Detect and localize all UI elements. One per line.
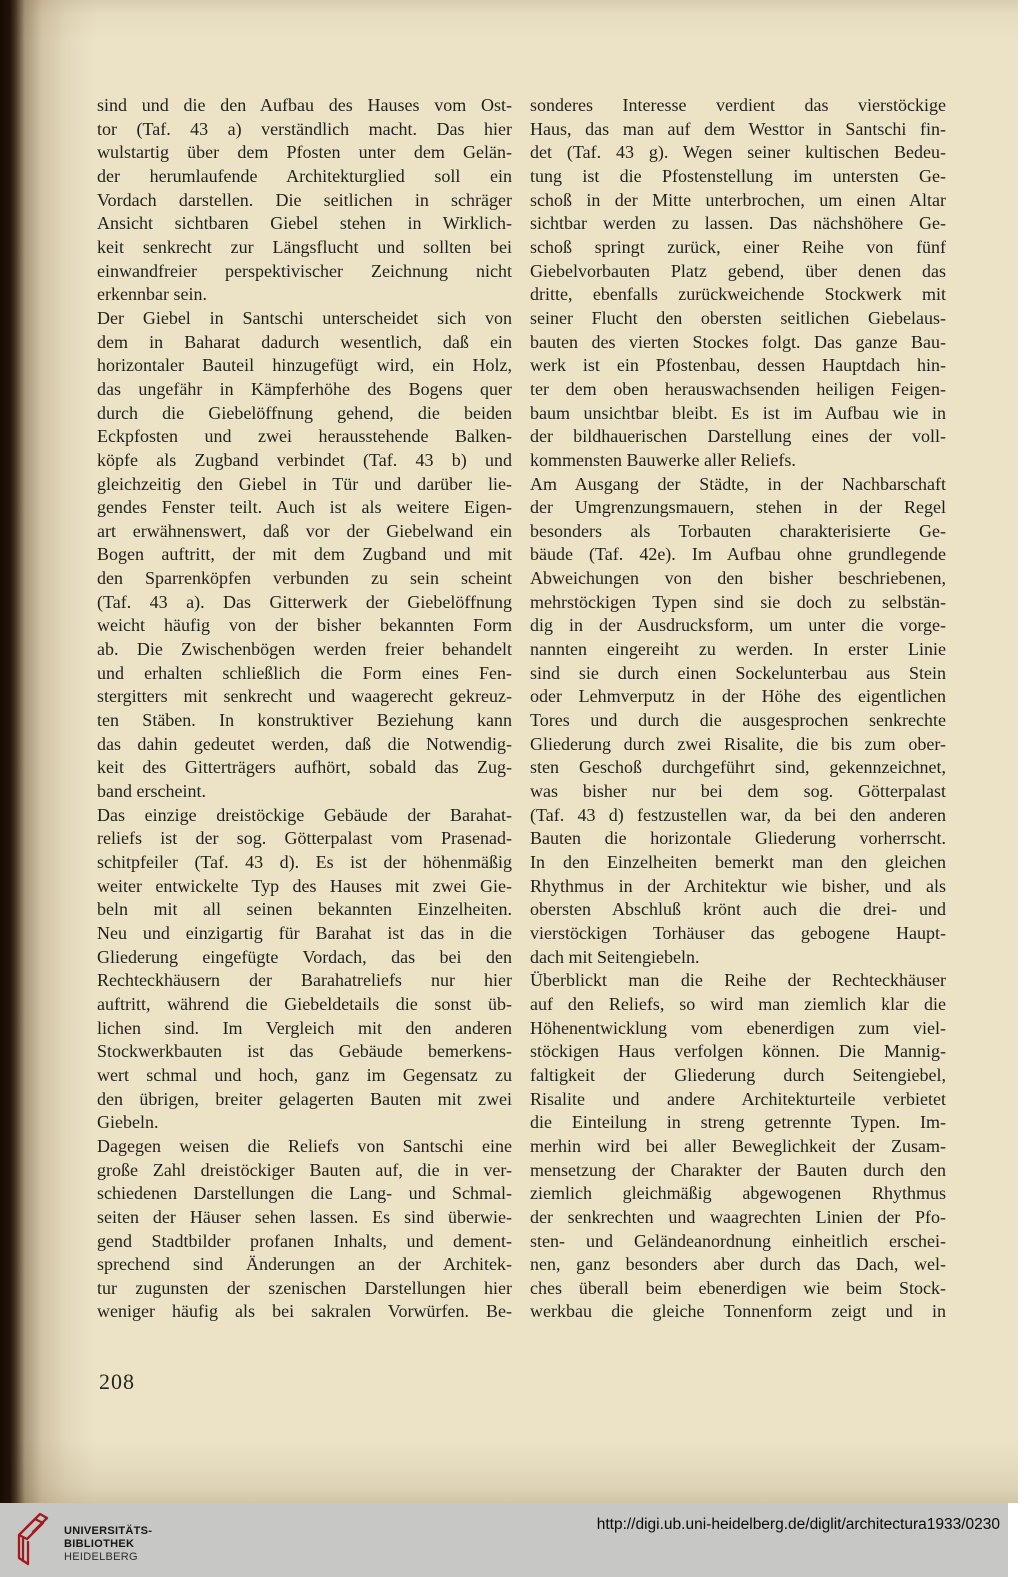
text-line: band erscheint. bbox=[97, 780, 512, 804]
book-page-scan: sind und die den Aufbau des Hauses vom O… bbox=[0, 0, 1018, 1503]
library-name-line2: BIBLIOTHEK bbox=[64, 1538, 152, 1551]
text-line: ab. Die Zwischenbögen werden freier beha… bbox=[97, 638, 512, 662]
text-line: durch die Giebelöffnung gehend, die beid… bbox=[97, 402, 512, 426]
text-line: Stockwerkbauten ist das Gebäude bemerken… bbox=[97, 1040, 512, 1064]
text-line: dig in der Ausdrucksform, um unter die v… bbox=[530, 614, 946, 638]
text-line: ten Stäben. In konstruktiver Beziehung k… bbox=[97, 709, 512, 733]
text-line: Am Ausgang der Städte, in der Nachbarsch… bbox=[530, 473, 946, 497]
text-line: werkbau die gleiche Tonnenform zeigt und… bbox=[530, 1300, 946, 1324]
text-line: Überblickt man die Reihe der Rechteckhäu… bbox=[530, 969, 946, 993]
text-line: Ansicht sichtbaren Giebel stehen in Wirk… bbox=[97, 212, 512, 236]
text-line: sichtbar werden zu lassen. Das nächshöhe… bbox=[530, 212, 946, 236]
text-line: det (Taf. 43 g). Wegen seiner kultischen… bbox=[530, 141, 946, 165]
text-column-right: sonderes Interesse verdient das vierstöc… bbox=[530, 94, 946, 1324]
text-line: reliefs ist der sog. Götterpalast vom Pr… bbox=[97, 827, 512, 851]
text-line: wulstartig über dem Pfosten unter dem Ge… bbox=[97, 141, 512, 165]
source-url-text: http://digi.ub.uni-heidelberg.de/diglit/… bbox=[597, 1516, 1000, 1534]
text-line: sonderes Interesse verdient das vierstöc… bbox=[530, 94, 946, 118]
text-line: Dagegen weisen die Reliefs von Santschi … bbox=[97, 1135, 512, 1159]
paragraph: Am Ausgang der Städte, in der Nachbarsch… bbox=[530, 473, 946, 970]
paragraph: Der Giebel in Santschi unterscheidet sic… bbox=[97, 307, 512, 804]
text-line: Haus, das man auf dem Westtor in Santsch… bbox=[530, 118, 946, 142]
library-name-line1: UNIVERSITÄTS- bbox=[64, 1525, 152, 1538]
text-column-left: sind und die den Aufbau des Hauses vom O… bbox=[97, 94, 512, 1324]
text-line: Rhythmus in der Architektur wie bisher, … bbox=[530, 875, 946, 899]
text-line: art erwähnenswert, daß vor der Giebelwan… bbox=[97, 520, 512, 544]
text-line: wert schmal und hoch, ganz im Gegensatz … bbox=[97, 1064, 512, 1088]
text-line: Tores und durch die ausgesprochen senkre… bbox=[530, 709, 946, 733]
text-line: nannten eingereiht zu werden. In erster … bbox=[530, 638, 946, 662]
text-line: (Taf. 43 d) festzustellen war, da bei de… bbox=[530, 804, 946, 828]
text-line: gend Stadtbilder profanen Inhalts, und d… bbox=[97, 1230, 512, 1254]
text-line: Giebeln. bbox=[97, 1111, 512, 1135]
text-line: Bauten die horizontale Gliederung vorher… bbox=[530, 827, 946, 851]
text-line: Gliederung eingefügte Vordach, das bei d… bbox=[97, 946, 512, 970]
text-line: große Zahl dreistöckiger Bauten auf, die… bbox=[97, 1159, 512, 1183]
text-line: ziemlich gleichmäßig abgewogenen Rhythmu… bbox=[530, 1182, 946, 1206]
text-line: sten- und Geländeanordnung einheitlich e… bbox=[530, 1230, 946, 1254]
text-line: Gliederung durch zwei Risalite, die bis … bbox=[530, 733, 946, 757]
text-line: einwandfreier perspektivischer Zeichnung… bbox=[97, 260, 512, 284]
page-number: 208 bbox=[99, 1369, 135, 1395]
text-line: Rechteckhäusern der Barahatreliefs nur h… bbox=[97, 969, 512, 993]
text-line: Giebelvorbauten Platz gebend, über denen… bbox=[530, 260, 946, 284]
text-line: tung ist die Pfostenstellung im unterste… bbox=[530, 165, 946, 189]
text-line: baum unsichtbar bleibt. Es ist im Aufbau… bbox=[530, 402, 946, 426]
text-line: schoß in der Mitte unterbrochen, um eine… bbox=[530, 189, 946, 213]
text-line: dem in Baharat dadurch wesentlich, daß e… bbox=[97, 331, 512, 355]
text-line: gleichzeitig den Giebel in Tür und darüb… bbox=[97, 473, 512, 497]
text-line: bauten des vierten Stockes folgt. Das ga… bbox=[530, 331, 946, 355]
text-line: Abweichungen von den bisher beschriebene… bbox=[530, 567, 946, 591]
text-line: weniger häufig als bei sakralen Vorwürfe… bbox=[97, 1300, 512, 1324]
text-line: Bogen auftritt, der mit dem Zugband und … bbox=[97, 543, 512, 567]
text-line: kommensten Bauwerke aller Reliefs. bbox=[530, 449, 946, 473]
text-line: das ungefähr in Kämpferhöhe des Bogens q… bbox=[97, 378, 512, 402]
text-line: der Umgrenzungsmauern, stehen in der Reg… bbox=[530, 496, 946, 520]
text-line: besonders als Torbauten charakterisierte… bbox=[530, 520, 946, 544]
text-line: Vordach darstellen. Die seitlichen in sc… bbox=[97, 189, 512, 213]
text-line: Neu und einzigartig für Barahat ist das … bbox=[97, 922, 512, 946]
text-line: die Einteilung in streng getrennte Typen… bbox=[530, 1111, 946, 1135]
library-name-line3: HEIDELBERG bbox=[64, 1551, 152, 1564]
text-line: tur zugunsten der szenischen Darstellung… bbox=[97, 1277, 512, 1301]
viewer-footer-bar: UNIVERSITÄTS- BIBLIOTHEK HEIDELBERG http… bbox=[0, 1503, 1008, 1577]
text-line: dritte, ebenfalls zurückweichende Stockw… bbox=[530, 283, 946, 307]
text-line: dach mit Seitengiebeln. bbox=[530, 946, 946, 970]
text-line: auftritt, während die Giebeldetails die … bbox=[97, 993, 512, 1017]
text-line: sind sie durch einen Sockelunterbau aus … bbox=[530, 662, 946, 686]
text-line: seiten der Häuser sehen lassen. Es sind … bbox=[97, 1206, 512, 1230]
text-line: (Taf. 43 a). Das Gitterwerk der Giebelöf… bbox=[97, 591, 512, 615]
library-logo-block: UNIVERSITÄTS- BIBLIOTHEK HEIDELBERG bbox=[14, 1509, 314, 1571]
text-line: Risalite und andere Architekturteile ver… bbox=[530, 1088, 946, 1112]
text-line: In den Einzelheiten bemerkt man den glei… bbox=[530, 851, 946, 875]
text-line: Höhenentwicklung vom ebenerdigen zum vie… bbox=[530, 1017, 946, 1041]
text-line: erkennbar sein. bbox=[97, 283, 512, 307]
text-line: beln mit all seinen bekannten Einzelheit… bbox=[97, 898, 512, 922]
text-line: werk ist ein Pfostenbau, dessen Hauptdac… bbox=[530, 354, 946, 378]
paragraph: sonderes Interesse verdient das vierstöc… bbox=[530, 94, 946, 473]
text-line: der bildhauerischen Darstellung eines de… bbox=[530, 425, 946, 449]
text-line: bäude (Taf. 42e). Im Aufbau ohne grundle… bbox=[530, 543, 946, 567]
text-line: der herumlaufende Architekturglied soll … bbox=[97, 165, 512, 189]
text-line: nen, ganz besonders aber durch das Dach,… bbox=[530, 1253, 946, 1277]
text-line: gendes Fenster teilt. Auch ist als weite… bbox=[97, 496, 512, 520]
text-line: was bisher nur bei dem sog. Götterpalast bbox=[530, 780, 946, 804]
text-line: Eckpfosten und zwei herausstehende Balke… bbox=[97, 425, 512, 449]
text-line: weicht häufig von der bisher bekannten F… bbox=[97, 614, 512, 638]
text-line: merhin wird bei aller Beweglichkeit der … bbox=[530, 1135, 946, 1159]
text-line: schoß springt zurück, einer Reihe von fü… bbox=[530, 236, 946, 260]
text-line: ches überall beim ebenerdigen wie beim S… bbox=[530, 1277, 946, 1301]
text-line: stergitters mit senkrecht und waagerecht… bbox=[97, 685, 512, 709]
library-name: UNIVERSITÄTS- BIBLIOTHEK HEIDELBERG bbox=[64, 1525, 152, 1564]
text-line: sprechend sind Änderungen an der Archite… bbox=[97, 1253, 512, 1277]
university-library-books-logo-icon bbox=[14, 1511, 54, 1569]
text-line: lichen sind. Im Vergleich mit den andere… bbox=[97, 1017, 512, 1041]
paragraph: Dagegen weisen die Reliefs von Santschi … bbox=[97, 1135, 512, 1324]
text-line: und erhalten schließlich die Form eines … bbox=[97, 662, 512, 686]
text-line: keit senkrecht zur Längsflucht und sollt… bbox=[97, 236, 512, 260]
text-line: das dahin gedeutet werden, daß die Notwe… bbox=[97, 733, 512, 757]
text-line: oder Lehmverputz in der Höhe des eigentl… bbox=[530, 685, 946, 709]
text-line: schitpfeiler (Taf. 43 d). Es ist der höh… bbox=[97, 851, 512, 875]
text-line: sind und die den Aufbau des Hauses vom O… bbox=[97, 94, 512, 118]
paragraph: Überblickt man die Reihe der Rechteckhäu… bbox=[530, 969, 946, 1324]
text-line: tor (Taf. 43 a) verständlich macht. Das … bbox=[97, 118, 512, 142]
text-line: sten Geschoß durchgeführt sind, gekennze… bbox=[530, 756, 946, 780]
text-line: stöckigen Haus verfolgen können. Die Man… bbox=[530, 1040, 946, 1064]
text-line: schiedenen Darstellungen die Lang- und S… bbox=[97, 1182, 512, 1206]
text-line: weiter entwickelte Typ des Hauses mit zw… bbox=[97, 875, 512, 899]
text-line: horizontaler Bauteil hinzugefügt wird, e… bbox=[97, 354, 512, 378]
text-line: Der Giebel in Santschi unterscheidet sic… bbox=[97, 307, 512, 331]
text-line: ter dem oben herauswachsenden heiligen F… bbox=[530, 378, 946, 402]
paragraph: Das einzige dreistöckige Gebäude der Bar… bbox=[97, 804, 512, 1135]
text-line: den übrigen, breiter gelagerten Bauten m… bbox=[97, 1088, 512, 1112]
text-line: der senkrechten und waagrechten Linien d… bbox=[530, 1206, 946, 1230]
paragraph: sind und die den Aufbau des Hauses vom O… bbox=[97, 94, 512, 307]
text-line: mensetzung der Charakter der Bauten durc… bbox=[530, 1159, 946, 1183]
text-line: köpfe als Zugband verbindet (Taf. 43 b) … bbox=[97, 449, 512, 473]
text-line: seiner Flucht den obersten seitlichen Gi… bbox=[530, 307, 946, 331]
text-line: keit des Gitterträgers aufhört, sobald d… bbox=[97, 756, 512, 780]
text-line: vierstöckigen Torhäuser das gebogene Hau… bbox=[530, 922, 946, 946]
text-line: auf den Reliefs, so wird man ziemlich kl… bbox=[530, 993, 946, 1017]
text-line: den Sparrenköpfen verbunden zu sein sche… bbox=[97, 567, 512, 591]
text-line: faltigkeit der Gliederung durch Seitengi… bbox=[530, 1064, 946, 1088]
text-line: mehrstöckigen Typen sind sie doch zu sel… bbox=[530, 591, 946, 615]
text-line: obersten Abschluß krönt auch die drei- u… bbox=[530, 898, 946, 922]
text-line: Das einzige dreistöckige Gebäude der Bar… bbox=[97, 804, 512, 828]
